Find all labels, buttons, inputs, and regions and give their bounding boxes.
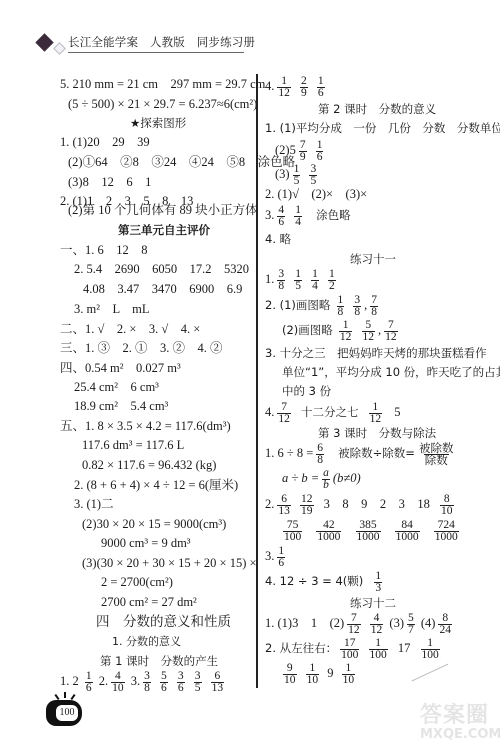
exercise-title: 练习十一: [350, 251, 396, 267]
subsection-title: 1. 分数的意义: [112, 634, 181, 650]
answer-line: 四、0.54 m² 0.027 m³: [60, 360, 181, 376]
fraction: 15: [293, 164, 301, 187]
fraction: 38: [353, 295, 361, 318]
page-number-badge: 100: [46, 692, 84, 726]
exercise-title: 练习十二: [350, 595, 396, 611]
fraction: 79: [299, 140, 307, 163]
answer-line-fractions: 1. 2 16 2.410 3.38 56 36 35 613: [60, 668, 227, 694]
answer-line: 9000 cm³ = 9 dm³: [101, 535, 191, 551]
answer-line: (2)第 10 个几何体有 89 块小正方体: [68, 202, 258, 218]
fraction: 46: [277, 205, 285, 228]
lesson-title: 第 3 课时 分数与除法: [318, 425, 436, 441]
watermark-url: MXQE.COM: [420, 727, 500, 742]
answer-line: 2 = 2700(cm²): [101, 574, 173, 590]
fraction: 15: [294, 269, 302, 292]
fraction: 56: [160, 671, 168, 694]
fraction: 16: [316, 140, 324, 163]
answer-line: 1. (1)平均分成 一份 几份 分数 分数单位: [265, 120, 500, 136]
answer-line: 2700 cm² = 27 dm²: [101, 594, 197, 610]
fraction: 36: [177, 671, 185, 694]
answer-line: 2. (1)√ (2)× (3)×: [265, 186, 367, 202]
fraction: 810: [440, 494, 454, 517]
answer-line: 117.6 dm³ = 117.6 L: [82, 437, 184, 453]
section-title: ★探索图形: [130, 115, 186, 131]
fraction: 512: [362, 320, 376, 343]
ray-icon: [64, 692, 66, 698]
fraction: 112: [339, 320, 353, 343]
answer-line: (2)画图略 112 512,712: [282, 317, 401, 343]
answer-line: 3. 十分之三 把妈妈昨天烤的那块蛋糕看作: [265, 345, 487, 361]
answer-line: 1. (1)20 29 39: [60, 134, 150, 150]
answer-line: 2. 5.4 2690 6050 17.2 5320: [74, 261, 249, 277]
fraction: 57: [407, 613, 415, 636]
book-title: 长江全能学案 人教版 同步练习册: [68, 34, 255, 50]
fraction: 16: [85, 671, 93, 694]
fraction: 17100: [340, 638, 359, 661]
fraction: 110: [342, 663, 356, 686]
answer-line: 4. 12 ÷ 3 = 4(颗) 13: [265, 568, 385, 594]
answer-line: 三、1. ③ 2. ① 3. ② 4. ②: [60, 340, 223, 356]
answer-line: 1.38 15 14 12: [265, 266, 339, 292]
fraction: 841000: [395, 520, 420, 543]
answer-line: 3. m² L mL: [74, 301, 150, 317]
fraction: 1100: [369, 638, 388, 661]
fraction: 14: [311, 269, 319, 292]
lesson-title: 第 2 课时 分数的意义: [318, 101, 436, 117]
fraction: 16: [277, 546, 285, 569]
answer-line: 3.16: [265, 543, 288, 569]
answer-line: 3.46 14 涂色略: [265, 202, 351, 228]
answer-line: (3)8 12 6 1: [68, 174, 151, 190]
answer-line: 4.08 3.47 3470 6900 6.9: [83, 281, 242, 297]
diamond-outline-icon: [53, 42, 66, 55]
header-rule: [68, 52, 244, 53]
fraction: 1100: [421, 638, 440, 661]
fraction: 75100: [283, 520, 302, 543]
answer-line: 25.4 cm² 6 cm³: [74, 379, 159, 395]
scribble-mark: [412, 664, 449, 682]
watermark-text: 答案圈: [420, 698, 500, 729]
fraction: 38: [143, 671, 151, 694]
fraction: 78: [370, 295, 378, 318]
fraction: 613: [211, 671, 225, 694]
fraction: 712: [277, 402, 291, 425]
fraction: 910: [283, 663, 297, 686]
page-number: 100: [56, 705, 78, 721]
fraction: 被除数除数: [418, 443, 455, 466]
fraction: 68: [316, 443, 324, 466]
answer-line: 4.112 29 16: [265, 74, 328, 99]
answer-line: 1. 6 ÷ 8 =68 被除数÷除数=被除数除数: [265, 440, 457, 466]
fraction: 410: [111, 671, 125, 694]
fraction: 712: [384, 320, 398, 343]
answer-line: (2)579 16: [275, 137, 326, 163]
fraction: 12: [328, 269, 336, 292]
fraction: 29: [300, 76, 308, 99]
answer-line: (2)①64 ②8 ③24 ④24 ⑤8 涂色略: [68, 154, 295, 170]
answer-text: 2.: [99, 674, 108, 688]
fraction: 13: [374, 571, 382, 594]
watermark: 答案圈 MXQE.COM: [420, 698, 500, 742]
answer-line: 4. 略: [265, 231, 291, 247]
answer-line: 单位“1”，平均分成 10 份，昨天吃了的占其: [282, 364, 500, 380]
fraction: 35: [309, 164, 317, 187]
answer-line: (3)15 35: [275, 161, 320, 187]
answer-text: 1. 2: [60, 674, 79, 688]
answer-line: 2. (1)画图略 18 38,78: [265, 292, 381, 318]
section-title: 第三单元自主评价: [118, 222, 210, 238]
page-header: 长江全能学案 人教版 同步练习册: [38, 30, 244, 60]
answer-line: 一、1. 6 12 8: [60, 242, 148, 258]
answer-line: 0.82 × 117.6 = 96.432 (kg): [82, 457, 216, 473]
answer-line: 1. (1)3 1 (2)712 412 (3)57 (4)824: [265, 610, 455, 636]
fraction: 824: [438, 613, 452, 636]
fraction: 412: [370, 613, 384, 636]
answer-line: 2.613 1219 3 8 9 2 3 18 810: [265, 491, 457, 517]
lesson-title: 第 1 课时 分数的产生: [100, 653, 218, 669]
fraction: 613: [277, 494, 291, 517]
fraction: 112: [369, 402, 383, 425]
answer-line: 910 110 9 110: [280, 660, 358, 686]
answer-line: 2. (8 + 6 + 4) × 4 ÷ 12 = 6(厘米): [74, 477, 238, 493]
answer-line: (3)(30 × 20 + 30 × 15 + 20 × 15) ×: [82, 555, 257, 571]
answer-line: 五、1. 8 × 3.5 × 4.2 = 117.6(dm³): [60, 418, 231, 434]
fraction: 7241000: [434, 520, 459, 543]
fraction: 712: [347, 613, 361, 636]
answer-line: a ÷ b =ab(b≠0): [282, 465, 361, 491]
fraction: 1219: [300, 494, 314, 517]
answer-line: (5 ÷ 500) × 21 × 29.7 = 6.237≈6(cm²): [68, 96, 257, 112]
answer-line: (2)30 × 20 × 15 = 9000(cm³): [82, 516, 226, 532]
fraction: ab: [322, 468, 330, 491]
fraction: 3851000: [356, 520, 381, 543]
answer-line: 2. 从左往右：17100 1100 17 1100: [265, 635, 443, 661]
fraction: 421000: [316, 520, 341, 543]
fraction: 38: [277, 269, 285, 292]
answer-line: 5. 210 mm = 21 cm 297 mm = 29.7 cm: [60, 76, 265, 92]
chapter-title: 四 分数的意义和性质: [96, 614, 231, 630]
fraction: 18: [337, 295, 345, 318]
answer-line: 中的 3 份: [282, 383, 331, 399]
answer-line: 4.712 十二分之七 112 5: [265, 399, 401, 425]
fraction: 14: [294, 205, 302, 228]
diamond-logo-icon: [35, 33, 53, 51]
fraction: 35: [194, 671, 202, 694]
answer-line: 3. (1)二: [74, 496, 114, 512]
fraction: 110: [306, 663, 320, 686]
answer-line: 18.9 cm² 5.4 cm³: [74, 398, 168, 414]
answer-line: 二、1. √ 2. × 3. √ 4. ×: [60, 321, 200, 337]
fraction: 112: [277, 76, 291, 99]
fraction: 16: [317, 76, 325, 99]
answer-text: 3.: [131, 674, 140, 688]
answer-line: 75100 421000 3851000 841000 7241000: [280, 517, 462, 543]
